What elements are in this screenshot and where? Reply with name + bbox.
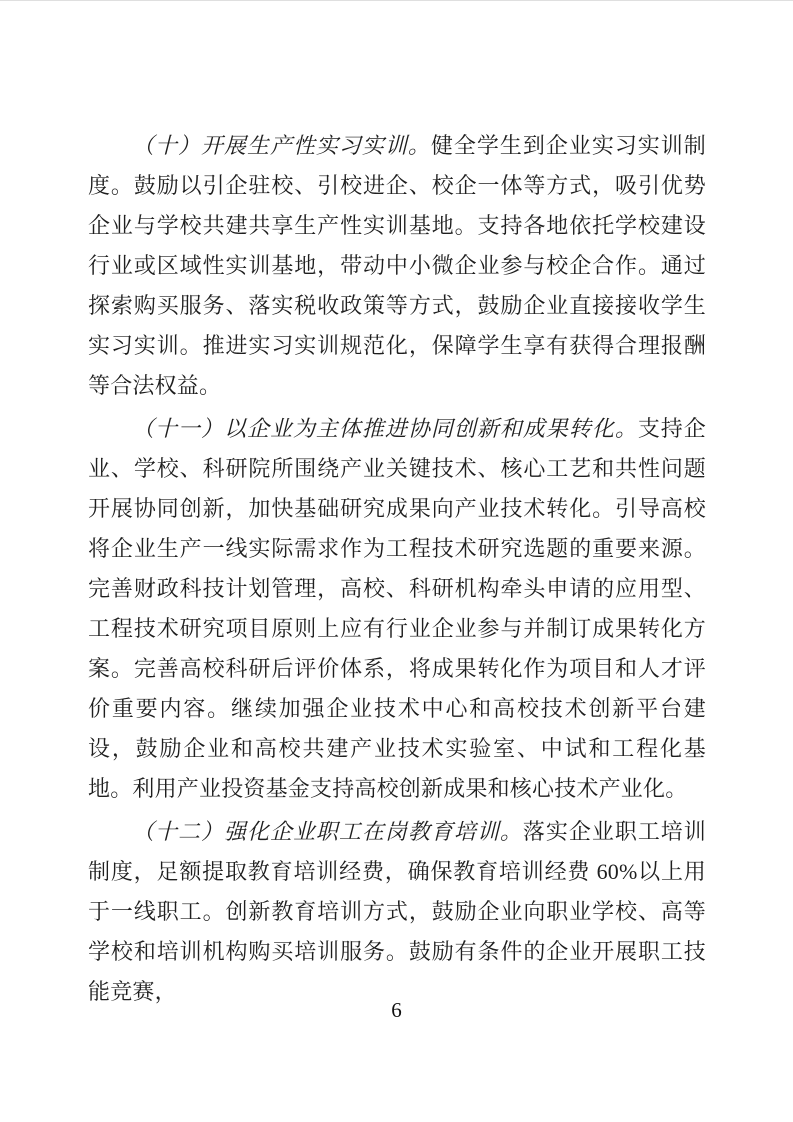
- paragraph-lead: （十）开展生产性实习实训。: [132, 133, 431, 158]
- paragraph-item-11: （十一）以企业为主体推进协同创新和成果转化。支持企业、学校、科研院所围绕产业关键…: [88, 409, 706, 809]
- document-body: （十）开展生产性实习实训。健全学生到企业实习实训制度。鼓励以引企驻校、引校进企、…: [88, 126, 706, 1012]
- paragraph-lead: （十一）以企业为主体推进协同创新和成果转化。: [132, 416, 638, 441]
- scan-edge-artifact: [0, 0, 793, 1]
- paragraph-body: 支持企业、学校、科研院所围绕产业关键技术、核心工艺和共性问题开展协同创新，加快基…: [88, 416, 706, 801]
- paragraph-body: 落实企业职工培训制度，足额提取教育培训经费，确保教育培训经费 60%以上用于一线…: [88, 819, 706, 1004]
- page-number: 6: [391, 998, 402, 1022]
- document-page: （十）开展生产性实习实训。健全学生到企业实习实训制度。鼓励以引企驻校、引校进企、…: [0, 0, 793, 1122]
- paragraph-body: 健全学生到企业实习实训制度。鼓励以引企驻校、引校进企、校企一体等方式，吸引优势企…: [88, 133, 706, 398]
- page-footer: 6: [0, 995, 793, 1025]
- paragraph-lead: （十二）强化企业职工在岗教育培训。: [132, 819, 523, 844]
- paragraph-item-12: （十二）强化企业职工在岗教育培训。落实企业职工培训制度，足额提取教育培训经费，确…: [88, 812, 706, 1012]
- paragraph-item-10: （十）开展生产性实习实训。健全学生到企业实习实训制度。鼓励以引企驻校、引校进企、…: [88, 126, 706, 406]
